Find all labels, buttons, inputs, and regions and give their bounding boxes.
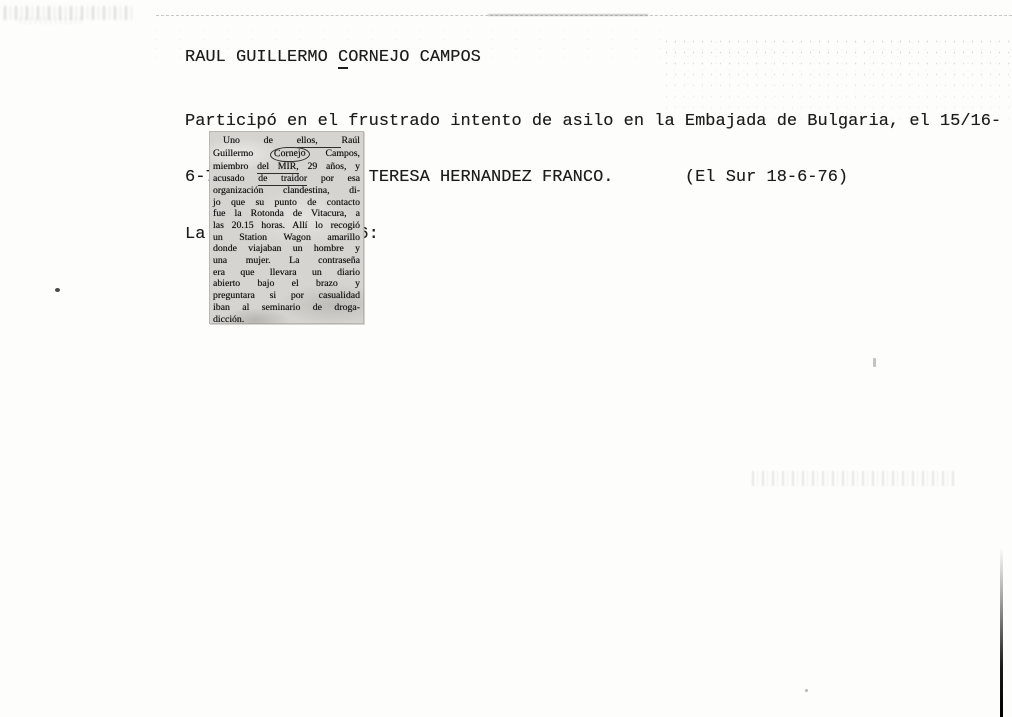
clipping-line: iban al seminario de droga- bbox=[213, 302, 360, 314]
entry-title-underlined-char: C bbox=[338, 48, 348, 69]
clipping-text-segment: jo que su punto de contacto bbox=[213, 197, 360, 208]
clipping-text-segment: 29 años, y bbox=[299, 161, 360, 172]
entry-title-post: ORNEJO CAMPOS bbox=[348, 48, 481, 67]
clipping-text-segment: Guillermo bbox=[213, 148, 273, 159]
clipping-text-segment: un Station Wagon amarillo bbox=[213, 232, 360, 243]
entry-title: RAUL GUILLERMO CORNEJO CAMPOS bbox=[185, 48, 481, 68]
clipping-text: Uno de ellos, RaúlGuillermo Cornejo Camp… bbox=[213, 135, 360, 324]
clipping-text-segment: acusado bbox=[213, 173, 258, 184]
ink-dot-left-margin bbox=[55, 288, 60, 292]
pen-underline-mark: ellos, bbox=[297, 135, 342, 148]
fold-crease-dark-segment bbox=[488, 14, 648, 16]
clipping-line: organización clandestina, di- bbox=[213, 185, 360, 197]
clipping-line: abierto bajo el brazo y bbox=[213, 278, 360, 290]
clipping-line: un Station Wagon amarillo bbox=[213, 232, 360, 244]
scan-edge-line-right bbox=[1000, 548, 1003, 717]
ink-speck-right bbox=[873, 358, 876, 367]
clipping-line: jo que su punto de contacto bbox=[213, 197, 360, 209]
entry-title-pre: RAUL GUILLERMO bbox=[185, 48, 338, 67]
clipping-text-segment: por esa bbox=[307, 173, 360, 184]
clipping-text-segment: Campos, bbox=[306, 148, 360, 159]
clipping-text-segment: una mujer. La contraseña bbox=[213, 255, 360, 266]
clipping-text-segment: donde viajaban un hombre y bbox=[213, 243, 360, 254]
bleedthrough-smudge-right-middle bbox=[752, 471, 957, 486]
clipping-line: preguntara si por casualidad bbox=[213, 290, 360, 302]
clipping-line: una mujer. La contraseña bbox=[213, 255, 360, 267]
scanned-document-page: RAUL GUILLERMO CORNEJO CAMPOS Participó … bbox=[0, 0, 1012, 717]
clipping-line: acusado de traidor por esa bbox=[213, 173, 360, 185]
pen-underline-mark: del MIR, bbox=[257, 161, 299, 174]
clipping-line: las 20.15 horas. Allí lo recogió bbox=[213, 220, 360, 232]
clipping-text-segment: iban al seminario de droga- bbox=[213, 302, 360, 313]
clipping-text-segment: las 20.15 horas. Allí lo recogió bbox=[213, 220, 360, 231]
clipping-text-segment: Uno de bbox=[223, 135, 297, 146]
pen-underline-mark: de traidor bbox=[258, 173, 307, 186]
ink-speck-bottom bbox=[805, 689, 808, 692]
entry-body-line: Participó en el frustrado intento de asi… bbox=[185, 113, 1001, 131]
clipping-text-segment: preguntara si por casualidad bbox=[213, 290, 360, 301]
clipping-text-segment: era que llevara un diario bbox=[213, 267, 360, 278]
clipping-line: donde viajaban un hombre y bbox=[213, 243, 360, 255]
clipping-line: fue la Rotonda de Vitacura, a bbox=[213, 208, 360, 220]
bleedthrough-smudge-top-left-secondary bbox=[20, 17, 84, 24]
clipping-text-segment: Raúl bbox=[341, 135, 360, 146]
clipping-line: era que llevara un diario bbox=[213, 267, 360, 279]
clipping-line: Uno de ellos, Raúl bbox=[213, 135, 360, 147]
clipping-text-segment: miembro bbox=[213, 161, 257, 172]
clipping-text-segment: abierto bajo el brazo y bbox=[213, 278, 360, 289]
clipping-text-segment: fue la Rotonda de Vitacura, a bbox=[213, 208, 360, 219]
newspaper-clipping: Uno de ellos, RaúlGuillermo Cornejo Camp… bbox=[209, 131, 364, 324]
clipping-text-segment: organización clandestina, di- bbox=[213, 185, 360, 196]
clipping-line: miembro del MIR, 29 años, y bbox=[213, 161, 360, 173]
clipping-line: dicción. bbox=[213, 314, 360, 324]
pen-oval-mark: Cornejo bbox=[269, 146, 309, 161]
clipping-text-segment: dicción. bbox=[213, 314, 244, 324]
clipping-line: Guillermo Cornejo Campos, bbox=[213, 147, 360, 162]
